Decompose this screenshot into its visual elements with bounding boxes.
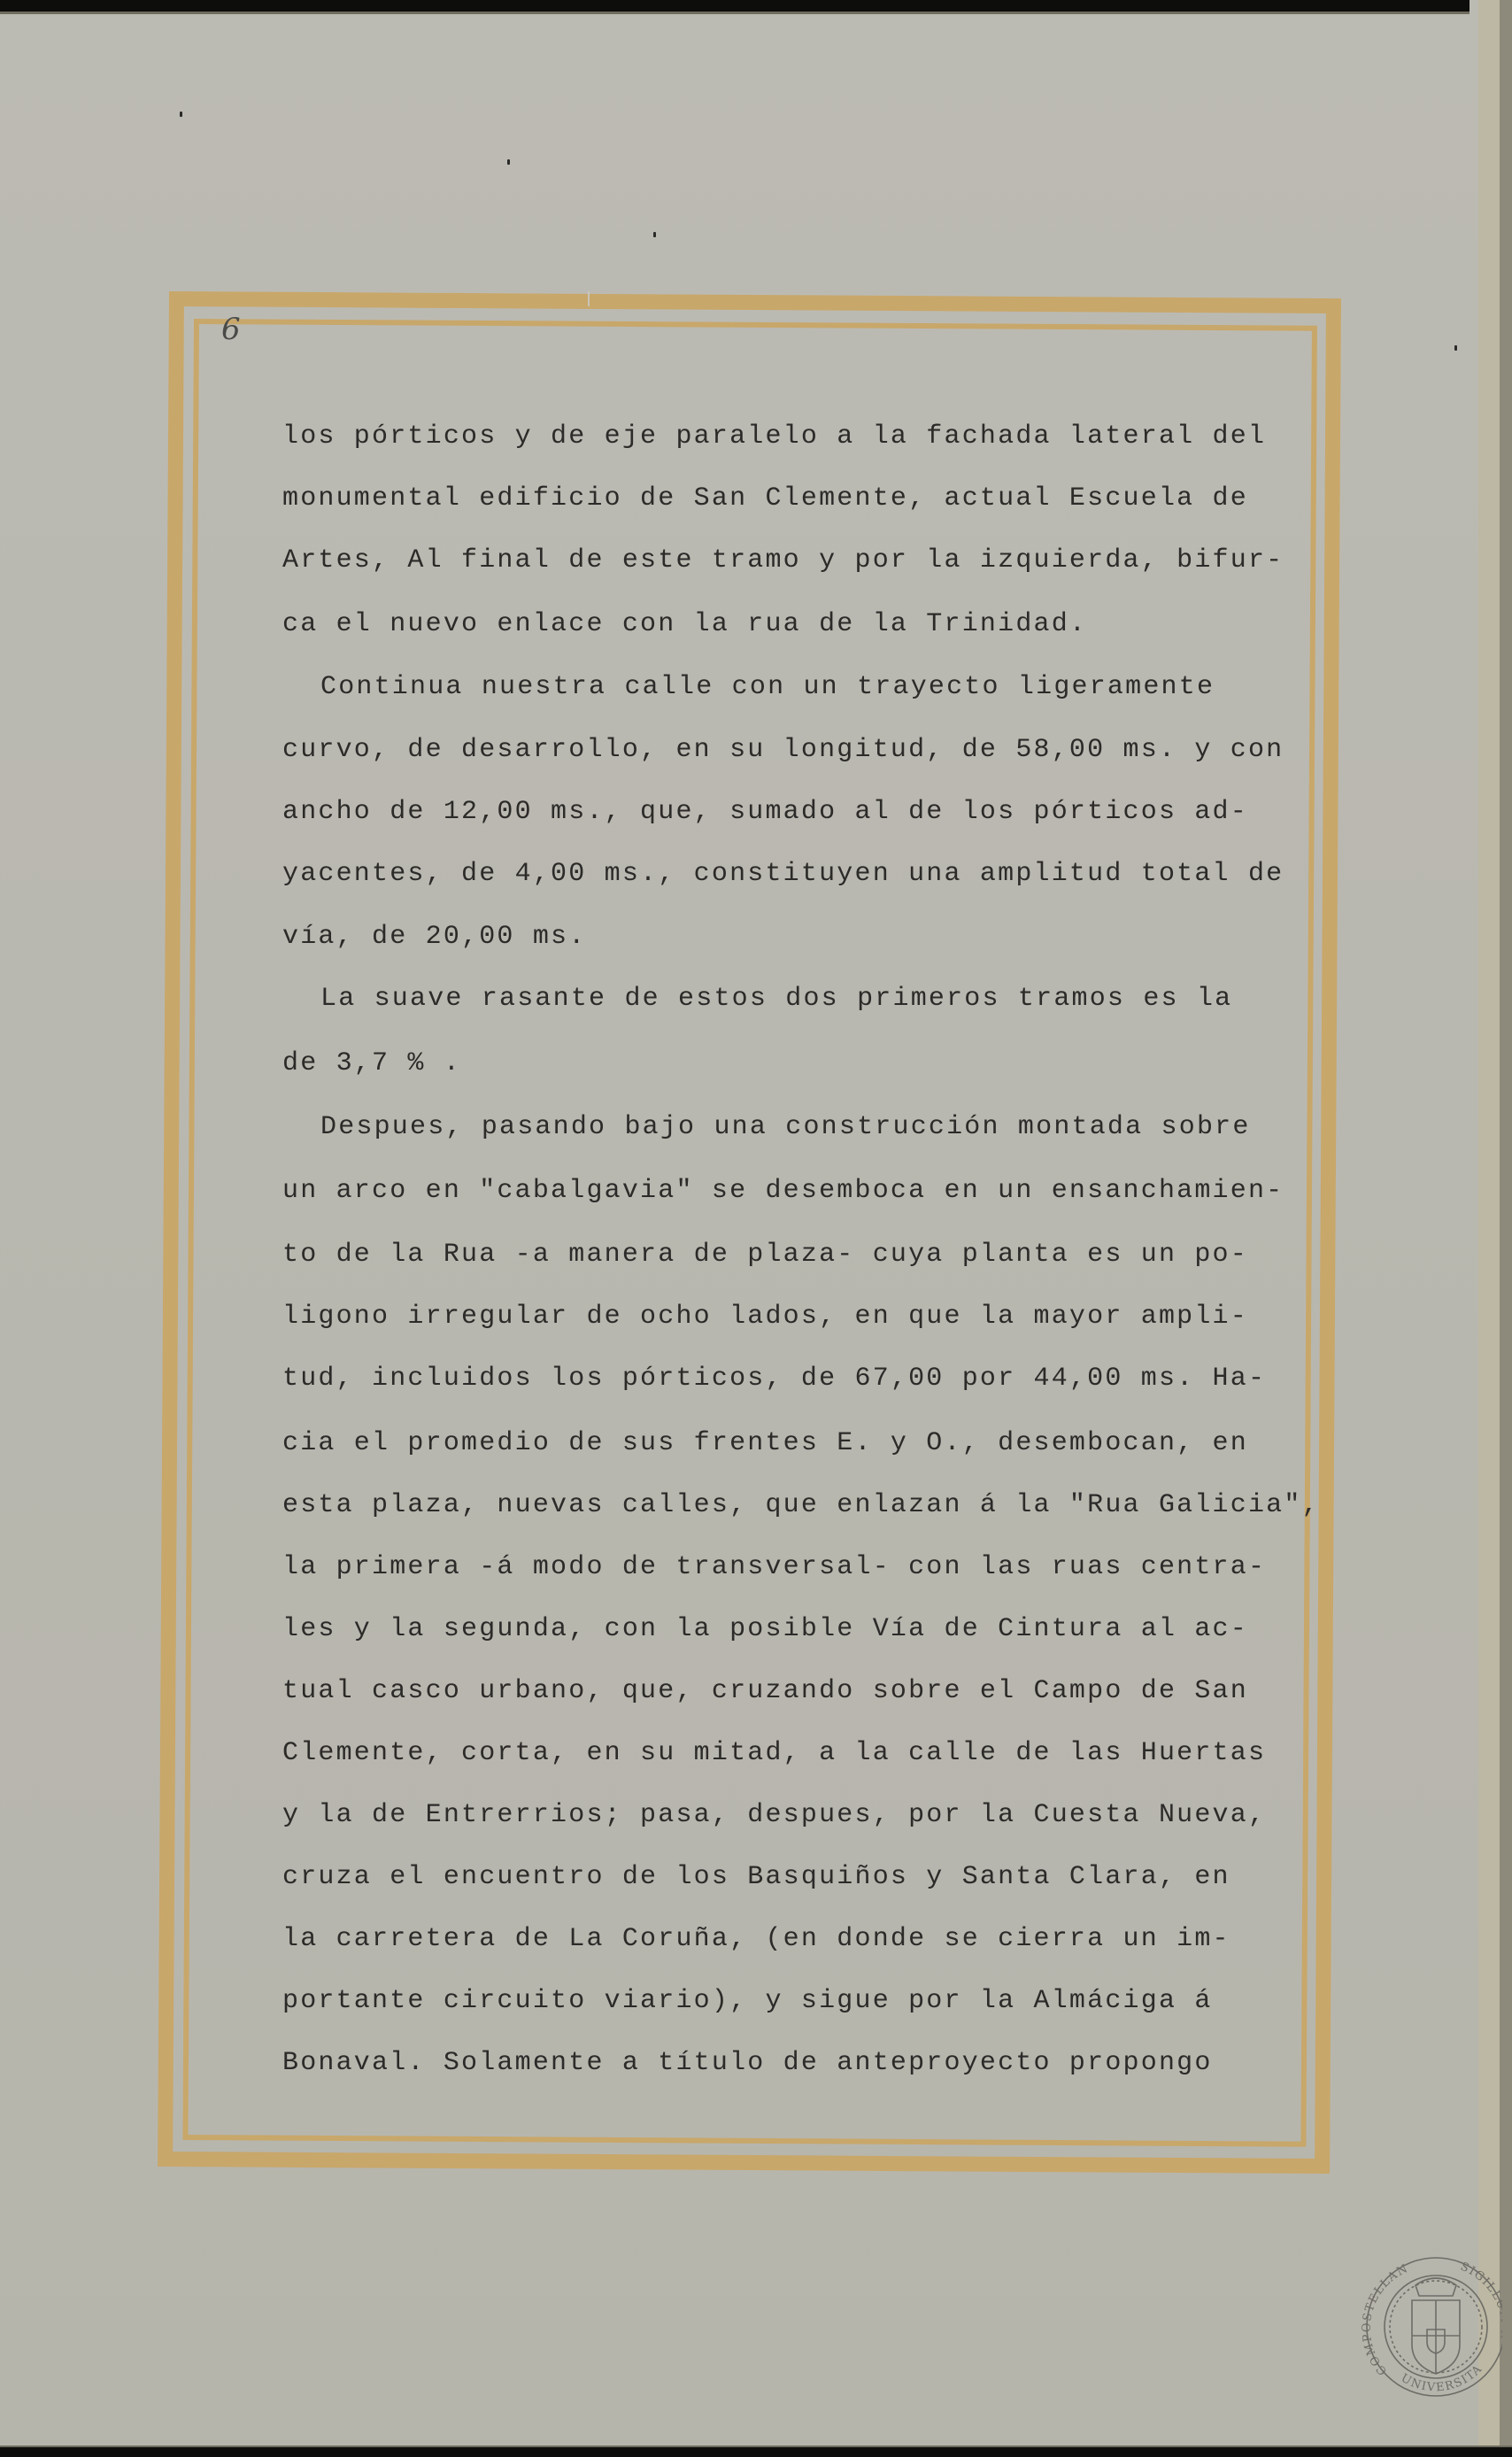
text-line: cia el promedio de sus frentes E. y O., … — [282, 1430, 1248, 1456]
text-line: la carretera de La Coruña, (en donde se … — [282, 1926, 1230, 1952]
page-binding-edge — [1500, 0, 1512, 2457]
paper-speck — [1454, 345, 1457, 351]
text-line: La suave rasante de estos dos primeros t… — [320, 985, 1232, 1012]
text-line: de 3,7 % . — [282, 1050, 461, 1077]
page-binding-strip — [1478, 0, 1500, 2457]
text-line: to de la Rua -a manera de plaza- cuya pl… — [282, 1241, 1248, 1268]
text-line: ancho de 12,00 ms., que, sumado al de lo… — [282, 799, 1248, 825]
paper-speck — [653, 232, 656, 237]
paper-speck — [180, 112, 182, 117]
page-number: 6 — [221, 312, 241, 347]
text-line: tud, incluidos los pórticos, de 67,00 po… — [282, 1365, 1266, 1392]
text-line: monumental edificio de San Clemente, act… — [282, 485, 1248, 512]
text-line: yacentes, de 4,00 ms., constituyen una a… — [282, 861, 1284, 887]
text-line: Continua nuestra calle con un trayecto l… — [320, 674, 1215, 700]
text-line: curvo, de desarrollo, en su longitud, de… — [282, 737, 1284, 763]
text-line: la primera -á modo de transversal- con l… — [282, 1554, 1266, 1580]
text-line: Despues, pasando bajo una construcción m… — [320, 1114, 1251, 1140]
text-line: les y la segunda, con la posible Vía de … — [282, 1616, 1248, 1642]
paper-speck — [507, 159, 510, 165]
text-line: esta plaza, nuevas calles, que enlazan á… — [282, 1492, 1320, 1518]
text-line: los pórticos y de eje paralelo a la fach… — [282, 423, 1266, 450]
text-line: y la de Entrerrios; pasa, despues, por l… — [282, 1802, 1266, 1828]
text-line: tual casco urbano, que, cruzando sobre e… — [282, 1678, 1248, 1704]
text-line: Artes, Al final de este tramo y por la i… — [282, 547, 1284, 574]
text-line: ca el nuevo enlace con la rua de la Trin… — [282, 611, 1087, 637]
text-line: Clemente, corta, en su mitad, a la calle… — [282, 1740, 1266, 1766]
text-line: Bonaval. Solamente a título de anteproye… — [282, 2050, 1213, 2076]
frame-seam — [588, 291, 590, 306]
text-line: vía, de 20,00 ms. — [282, 923, 586, 950]
scan-top-edge — [0, 0, 1470, 14]
text-line: un arco en "cabalgavia" se desemboca en … — [282, 1178, 1284, 1204]
text-line: cruza el encuentro de los Basquiños y Sa… — [282, 1864, 1230, 1890]
scan-bottom-edge — [0, 2445, 1512, 2457]
university-seal-stamp: COMPOSTELLAN SIGILLUM REG UNIVERSITAT — [1361, 2252, 1502, 2402]
text-line: ligono irregular de ocho lados, en que l… — [282, 1303, 1248, 1330]
text-line: portante circuito viario), y sigue por l… — [282, 1988, 1213, 2014]
